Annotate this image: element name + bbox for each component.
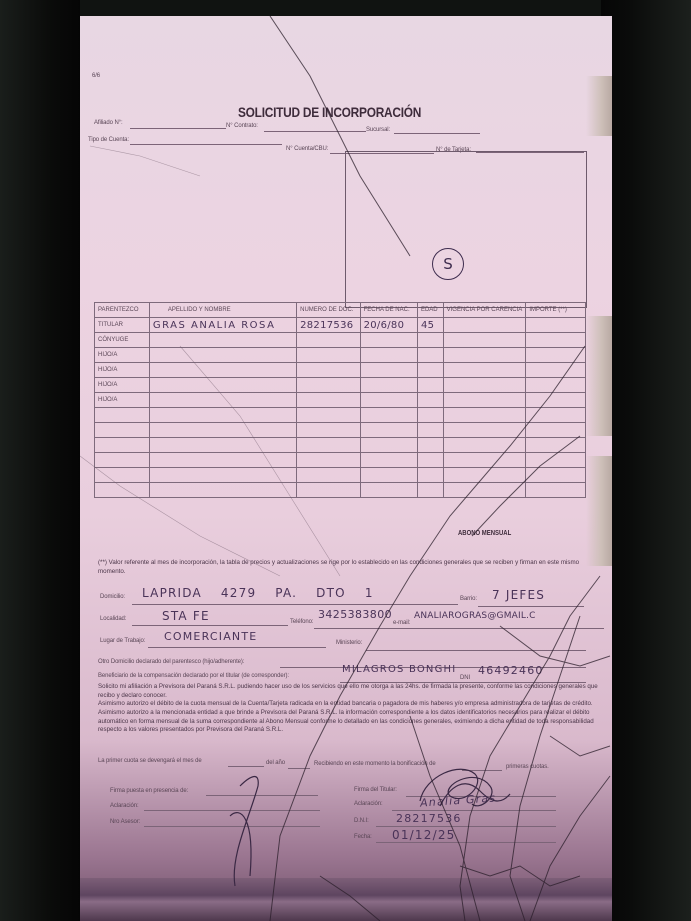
cell-edad[interactable] <box>417 378 443 393</box>
domicilio-value[interactable]: LAPRIDA 4279 PA. DTO 1 <box>142 586 374 600</box>
cell-fecha-nac[interactable]: 20/6/80 <box>360 318 417 333</box>
cell-doc[interactable] <box>297 363 361 378</box>
cell-nombre[interactable] <box>149 348 296 363</box>
fecha-line <box>376 842 556 843</box>
table-header-row: PARENTEZCO APELLIDO Y NOMBRE NUMERO DE D… <box>95 303 586 318</box>
table-row: TITULARGRAS ANALIA ROSA2821753620/6/8045 <box>95 318 586 333</box>
cell-parentesco <box>95 438 150 453</box>
aclaracion-left-label: Aclaración: <box>110 803 139 809</box>
cell-vigencia[interactable] <box>443 423 526 438</box>
cell-edad[interactable] <box>417 483 443 498</box>
cell-importe[interactable] <box>526 348 586 363</box>
cell-nombre[interactable] <box>149 363 296 378</box>
table-row: HIJO/A <box>95 363 586 378</box>
cell-vigencia[interactable] <box>443 378 526 393</box>
members-table: PARENTEZCO APELLIDO Y NOMBRE NUMERO DE D… <box>94 302 586 498</box>
table-row: HIJO/A <box>95 393 586 408</box>
afiliado-label: Afiliado N°: <box>94 120 123 126</box>
email-value[interactable]: ANALIAROGRAS@GMAIL.C <box>414 611 536 621</box>
paper-wear <box>586 316 612 436</box>
cell-parentesco: TITULAR <box>95 318 150 333</box>
localidad-value[interactable]: STA FE <box>162 609 210 623</box>
barrio-value[interactable]: 7 JEFES <box>492 588 545 602</box>
barrio-label: Barrio: <box>460 596 477 602</box>
sucursal-label: Sucursal: <box>366 127 390 133</box>
cell-parentesco: HIJO/A <box>95 363 150 378</box>
col-header: FECHA DE NAC. <box>360 303 417 318</box>
cell-nombre[interactable] <box>149 483 296 498</box>
cell-vigencia[interactable] <box>443 438 526 453</box>
trabajo-line <box>148 647 326 648</box>
cell-parentesco: HIJO/A <box>95 348 150 363</box>
paper-wear <box>586 76 612 136</box>
aclaracion-right-value[interactable]: Analia Gras <box>420 791 497 809</box>
col-header: EDAD <box>417 303 443 318</box>
cell-doc[interactable] <box>297 468 361 483</box>
table-row <box>95 408 586 423</box>
cell-vigencia[interactable] <box>443 333 526 348</box>
cell-nombre[interactable] <box>149 393 296 408</box>
fecha-label: Fecha: <box>354 834 372 840</box>
cell-fecha-nac[interactable] <box>360 408 417 423</box>
cell-nombre[interactable] <box>149 408 296 423</box>
domicilio-line <box>132 604 458 605</box>
cell-edad[interactable] <box>417 453 443 468</box>
col-header: APELLIDO Y NOMBRE <box>149 303 296 318</box>
cell-doc[interactable] <box>297 408 361 423</box>
cuenta-cbu-label: N° Cuenta/CBU: <box>286 146 328 152</box>
cell-doc[interactable] <box>297 423 361 438</box>
table-body: TITULARGRAS ANALIA ROSA2821753620/6/8045… <box>95 318 586 498</box>
paper-wear <box>586 456 612 566</box>
dni-line <box>376 826 556 827</box>
cell-edad[interactable] <box>417 393 443 408</box>
cell-doc[interactable]: 28217536 <box>297 318 361 333</box>
cell-doc[interactable] <box>297 348 361 363</box>
col-header: IMPORTE (**) <box>526 303 586 318</box>
cell-doc[interactable] <box>297 483 361 498</box>
cell-vigencia[interactable] <box>443 318 526 333</box>
cell-vigencia[interactable] <box>443 363 526 378</box>
cell-importe[interactable] <box>526 438 586 453</box>
table-row: CÓNYUGE <box>95 333 586 348</box>
cell-nombre[interactable] <box>149 378 296 393</box>
paper-form: 6/6 SOLICITUD DE INCORPORACIÓN Afiliado … <box>80 16 612 886</box>
cell-vigencia[interactable] <box>443 393 526 408</box>
table-row <box>95 453 586 468</box>
cell-importe[interactable] <box>526 333 586 348</box>
cell-doc[interactable] <box>297 438 361 453</box>
table-row <box>95 483 586 498</box>
email-label: e-mail: <box>393 620 410 626</box>
cell-parentesco: HIJO/A <box>95 393 150 408</box>
cell-nombre[interactable] <box>149 333 296 348</box>
cell-fecha-nac[interactable] <box>360 423 417 438</box>
table-row: HIJO/A <box>95 348 586 363</box>
page-marker: 6/6 <box>92 73 100 79</box>
tipo-cuenta-label: Tipo de Cuenta: <box>88 137 129 143</box>
contact-line <box>314 628 604 629</box>
nro-asesor-label: Nro Asesor: <box>110 819 140 825</box>
cell-nombre[interactable] <box>149 468 296 483</box>
fecha-value[interactable]: 01/12/25 <box>392 828 456 842</box>
cell-edad[interactable] <box>417 438 443 453</box>
cell-edad[interactable]: 45 <box>417 318 443 333</box>
localidad-line <box>132 625 288 626</box>
cell-edad[interactable] <box>417 468 443 483</box>
cell-edad[interactable] <box>417 423 443 438</box>
aclaracion-left-field[interactable] <box>144 810 320 811</box>
firma-titular-label: Firma del Titular: <box>354 787 397 793</box>
trabajo-label: Lugar de Trabajo: <box>100 638 145 644</box>
cell-vigencia[interactable] <box>443 348 526 363</box>
cell-parentesco: HIJO/A <box>95 378 150 393</box>
otro-domicilio-label: Otro Domicilio declarado del parentesco … <box>98 659 244 665</box>
telefono-label: Teléfono: <box>290 619 313 625</box>
table-row <box>95 423 586 438</box>
abono-mensual-label: ABONO MENSUAL <box>458 530 511 537</box>
aclaracion-right-label: Aclaración: <box>354 801 383 807</box>
cell-doc[interactable] <box>297 378 361 393</box>
trabajo-value[interactable]: COMERCIANTE <box>164 630 257 643</box>
cell-fecha-nac[interactable] <box>360 438 417 453</box>
beneficiario-value[interactable]: MILAGROS BONGHI <box>342 664 456 675</box>
cell-vigencia[interactable] <box>443 453 526 468</box>
cell-fecha-nac[interactable] <box>360 483 417 498</box>
cell-fecha-nac[interactable] <box>360 333 417 348</box>
cell-nombre[interactable] <box>149 453 296 468</box>
cell-fecha-nac[interactable] <box>360 468 417 483</box>
aclaracion-right-line <box>392 810 556 811</box>
ministerio-field[interactable] <box>366 650 586 651</box>
nro-asesor-field[interactable] <box>144 826 320 827</box>
cell-importe[interactable] <box>526 393 586 408</box>
cell-edad[interactable] <box>417 333 443 348</box>
dni-value[interactable]: 28217536 <box>396 812 462 825</box>
phone-bezel-left <box>0 0 80 921</box>
cell-fecha-nac[interactable] <box>360 453 417 468</box>
cell-parentesco <box>95 483 150 498</box>
cell-importe[interactable] <box>526 378 586 393</box>
table-row <box>95 468 586 483</box>
cell-importe[interactable] <box>526 363 586 378</box>
cell-fecha-nac[interactable] <box>360 393 417 408</box>
cell-vigencia[interactable] <box>443 408 526 423</box>
photo-box <box>345 151 587 308</box>
barrio-line <box>478 606 584 607</box>
cell-parentesco <box>95 468 150 483</box>
primera-cuota-b: del año <box>266 760 285 766</box>
col-header: NUMERO DE DOC. <box>297 303 361 318</box>
telefono-value[interactable]: 3425383800 <box>318 608 392 621</box>
cell-edad[interactable] <box>417 363 443 378</box>
cell-vigencia[interactable] <box>443 483 526 498</box>
cracked-screen: 6/6 SOLICITUD DE INCORPORACIÓN Afiliado … <box>80 16 612 921</box>
sucursal-field[interactable] <box>394 133 480 134</box>
cell-importe[interactable] <box>526 453 586 468</box>
localidad-label: Localidad: <box>100 616 126 622</box>
beneficiario-dni-label: DNI <box>460 675 470 681</box>
cell-fecha-nac[interactable] <box>360 363 417 378</box>
footnote: (**) Valor referente al mes de incorpora… <box>98 559 598 577</box>
primera-cuota-d: primeras cuotas. <box>506 764 549 770</box>
form-title: SOLICITUD DE INCORPORACIÓN <box>238 104 421 120</box>
tipo-cuenta-field[interactable] <box>130 144 282 145</box>
cell-parentesco <box>95 423 150 438</box>
bonificacion-field[interactable] <box>462 770 502 771</box>
cell-doc[interactable] <box>297 393 361 408</box>
beneficiario-dni-value[interactable]: 46492460 <box>478 664 544 677</box>
cell-parentesco <box>95 453 150 468</box>
cell-fecha-nac[interactable] <box>360 378 417 393</box>
cell-doc[interactable] <box>297 333 361 348</box>
cell-nombre[interactable] <box>149 423 296 438</box>
beneficiario-label: Beneficiario de la compensación declarad… <box>98 673 289 679</box>
cell-doc[interactable] <box>297 453 361 468</box>
domicilio-label: Domicilio: <box>100 594 125 600</box>
cell-edad[interactable] <box>417 408 443 423</box>
table-row: HIJO/A <box>95 378 586 393</box>
primera-cuota-ano-field[interactable] <box>288 768 310 769</box>
cell-importe[interactable] <box>526 318 586 333</box>
primera-cuota-a: La primer cuota se devengará el mes de <box>98 758 202 764</box>
cell-importe[interactable] <box>526 423 586 438</box>
table-row <box>95 438 586 453</box>
legal-text-1: Solicito mi afiliación a Previsora del P… <box>98 683 598 701</box>
cell-nombre[interactable] <box>149 438 296 453</box>
firma-presencia-label: Firma puesta en presencia de: <box>110 788 188 794</box>
cell-edad[interactable] <box>417 348 443 363</box>
cell-fecha-nac[interactable] <box>360 348 417 363</box>
primera-cuota-c: Recibiendo en este momento la bonificaci… <box>314 761 436 767</box>
circled-mark: S <box>432 248 464 280</box>
contrato-field[interactable] <box>264 131 366 132</box>
folded-paper-bottom <box>80 878 612 921</box>
firma-presencia-field[interactable] <box>206 795 318 796</box>
cell-vigencia[interactable] <box>443 468 526 483</box>
cell-importe[interactable] <box>526 468 586 483</box>
ministerio-label: Ministerio: <box>336 640 362 646</box>
dni-label: D.N.I: <box>354 818 369 824</box>
cell-importe[interactable] <box>526 483 586 498</box>
col-header: VIGENCIA POR CARENCIA <box>443 303 526 318</box>
afiliado-field[interactable] <box>130 128 226 129</box>
cell-importe[interactable] <box>526 408 586 423</box>
cell-parentesco <box>95 408 150 423</box>
col-header: PARENTEZCO <box>95 303 150 318</box>
legal-text-2: Asimismo autorizo el débito de la cuota … <box>98 700 598 735</box>
cell-nombre[interactable]: GRAS ANALIA ROSA <box>149 318 296 333</box>
cell-parentesco: CÓNYUGE <box>95 333 150 348</box>
phone-bezel-right <box>601 0 691 921</box>
primera-cuota-mes-field[interactable] <box>228 766 264 767</box>
contrato-label: N° Contrato: <box>226 123 258 129</box>
